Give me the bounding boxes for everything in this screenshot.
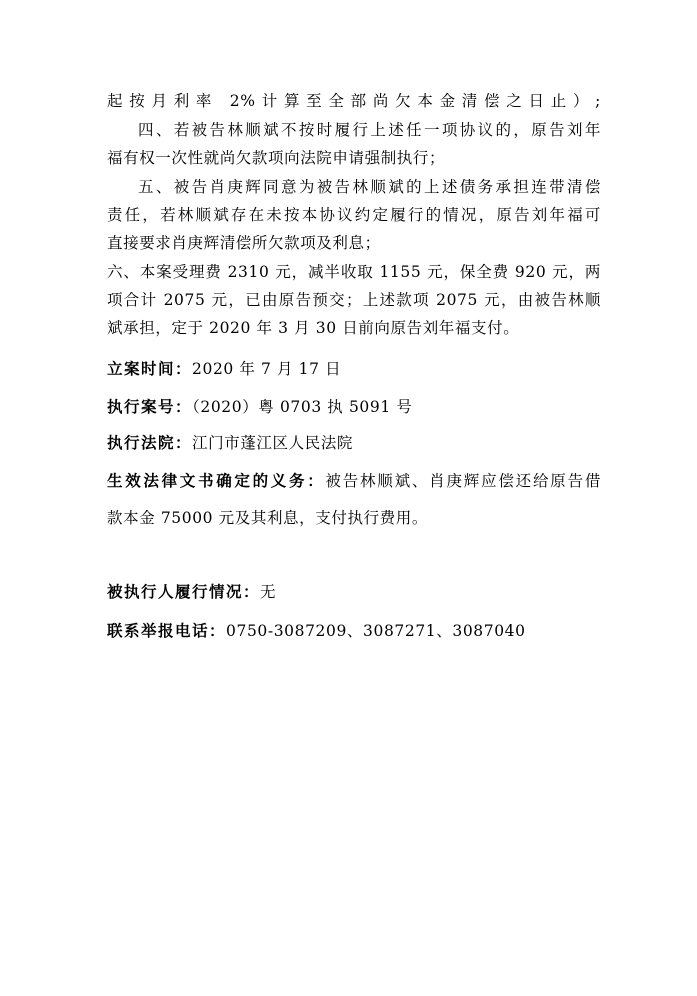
paragraph-5-line-1: 五、被告肖庚辉同意为被告林顺斌的上述债务承担连带清偿 [138, 177, 601, 197]
court-row: 执行法院：江门市蓬江区人民法院 [107, 433, 601, 453]
obligation-label: 生效法律文书确定的义务： [107, 472, 325, 490]
paragraph-4-line-1: 四、若被告林顺斌不按时履行上述任一项协议的，原告刘年 [138, 120, 601, 140]
case-number-row: 执行案号：（2020）粤 0703 执 5091 号 [107, 397, 601, 417]
filing-date-label: 立案时间： [107, 360, 192, 378]
performance-value: 无 [260, 583, 276, 601]
filing-date-value: 2020 年 7 月 17 日 [192, 360, 341, 378]
paragraph-4-line-2: 福有权一次性就尚欠款项向法院申请强制执行； [107, 148, 601, 168]
obligation-row: 生效法律文书确定的义务：被告林顺斌、肖庚辉应偿还给原告借 [107, 471, 601, 491]
paragraph-5-line-3: 直接要求肖庚辉清偿所欠款项及利息； [107, 233, 601, 253]
case-number-label: 执行案号： [107, 398, 192, 416]
paragraph-6-line-2: 项合计 2075 元，已由原告预交；上述款项 2075 元，由被告林顺 [107, 290, 601, 310]
case-number-value: （2020）粤 0703 执 5091 号 [192, 398, 412, 416]
court-label: 执行法院： [107, 434, 192, 452]
performance-label: 被执行人履行情况： [107, 583, 260, 601]
filing-date-row: 立案时间：2020 年 7 月 17 日 [107, 359, 601, 379]
obligation-value-line-2: 款本金 75000 元及其利息，支付执行费用。 [107, 508, 601, 528]
report-phone-value: 0750-3087209、3087271、3087040 [226, 622, 526, 640]
report-phone-label: 联系举报电话： [107, 622, 226, 640]
court-value: 江门市蓬江区人民法院 [192, 434, 353, 452]
paragraph-6-line-3: 斌承担，定于 2020 年 3 月 30 日前向原告刘年福支付。 [107, 318, 601, 338]
paragraph-6-line-1: 六、本案受理费 2310 元，减半收取 1155 元，保全费 920 元，两 [107, 262, 601, 282]
report-phone-row: 联系举报电话：0750-3087209、3087271、3087040 [107, 621, 601, 641]
document-page: 起按月利率 2%计算至全部尚欠本金清偿之日止）; 四、若被告林顺斌不按时履行上述… [0, 0, 697, 996]
paragraph-3-tail: 起按月利率 2%计算至全部尚欠本金清偿之日止）; [107, 91, 601, 111]
performance-row: 被执行人履行情况：无 [107, 582, 601, 602]
paragraph-5-line-2: 责任，若林顺斌存在未按本协议约定履行的情况，原告刘年福可 [107, 205, 601, 225]
obligation-value-line-1: 被告林顺斌、肖庚辉应偿还给原告借 [325, 472, 601, 490]
